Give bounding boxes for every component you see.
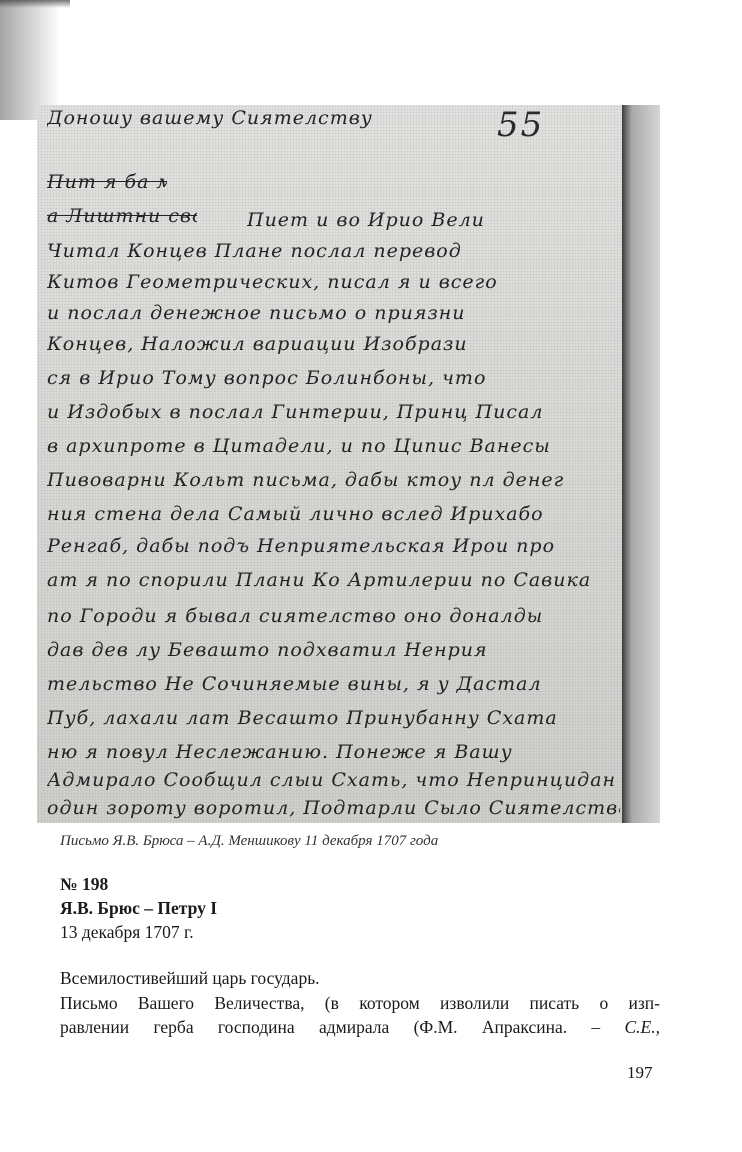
- manuscript-line: тельство Не Сочиняемые вины, я у Дастал: [47, 673, 620, 695]
- figure-caption: Письмо Я.В. Брюса – А.Д. Меншикову 11 де…: [60, 833, 680, 850]
- manuscript-line: Пуб, лахали лат Весашто Принубанну Схата: [47, 707, 620, 729]
- manuscript-line-struck: а Лиштни сво: [47, 205, 197, 227]
- manuscript-line: Пивоварни Кольт письма, дабы ктоу пл ден…: [47, 469, 620, 491]
- manuscript-line: Китов Геометрических, писал я и всего: [47, 271, 620, 293]
- page-corner-shadow: [0, 0, 60, 120]
- manuscript-line: Читал Концев Плане послал перевод: [47, 240, 620, 262]
- manuscript-line: дав дев лу Бевашто подхватил Ненрия: [47, 639, 620, 661]
- manuscript-line: Ренгаб, дабы подъ Неприятельская Ирои пр…: [47, 535, 620, 557]
- manuscript-line: Концев, Наложил вариации Изобрази: [47, 333, 620, 355]
- manuscript-line: Адмирало Сообщил слыи Схать, что Непринц…: [47, 769, 620, 791]
- manuscript-line: и Издобых в послал Гинтерии, Принц Писал: [47, 401, 620, 423]
- manuscript-line: ся в Ирио Тому вопрос Болинбоны, что: [47, 367, 620, 389]
- manuscript-page-edge: [622, 105, 660, 823]
- paragraph-line: Письмо Вашего Величества, (в котором изв…: [60, 991, 660, 1016]
- manuscript-image: 55 Доношу вашему Сиятелству Пит я ба м а…: [37, 105, 660, 823]
- greeting: Всемилостивейший царь государь.: [60, 966, 660, 991]
- manuscript-line-struck: Пит я ба м: [47, 171, 167, 193]
- manuscript-line: ат я по спорили Плани Ко Артилерии по Са…: [47, 569, 620, 591]
- manuscript-line: по Городи я бывал сиятелство оно доналды: [47, 605, 620, 627]
- paragraph-line-text: равлении герба господина адмирала (Ф.М. …: [60, 1017, 625, 1037]
- document-date: 13 декабря 1707 г.: [60, 922, 194, 943]
- manuscript-line: ния стена дела Самый лично вслед Ирихабо: [47, 503, 620, 525]
- manuscript-line: один зороту воротил, Подтарли Сыло Сияте…: [47, 797, 620, 819]
- page-number: 197: [627, 1063, 653, 1083]
- document-body: Всемилостивейший царь государь. Письмо В…: [60, 966, 660, 1040]
- document-title: Я.В. Брюс – Петру I: [60, 898, 217, 919]
- manuscript-line: Пиет и во Ирио Вели: [247, 209, 620, 231]
- manuscript-line: и послал денежное письмо о приязни: [47, 302, 620, 324]
- manuscript-line: Доношу вашему Сиятелству: [47, 107, 620, 129]
- manuscript-line: ню я повул Неслежанию. Понеже я Вашу: [47, 741, 620, 763]
- editor-initials: С.Е.,: [625, 1017, 661, 1037]
- page-top-shadow: [0, 0, 70, 8]
- paragraph-line: равлении герба господина адмирала (Ф.М. …: [60, 1015, 660, 1040]
- document-number: № 198: [60, 874, 108, 895]
- manuscript-line: в архипроте в Цитадели, и по Ципис Ванес…: [47, 435, 620, 457]
